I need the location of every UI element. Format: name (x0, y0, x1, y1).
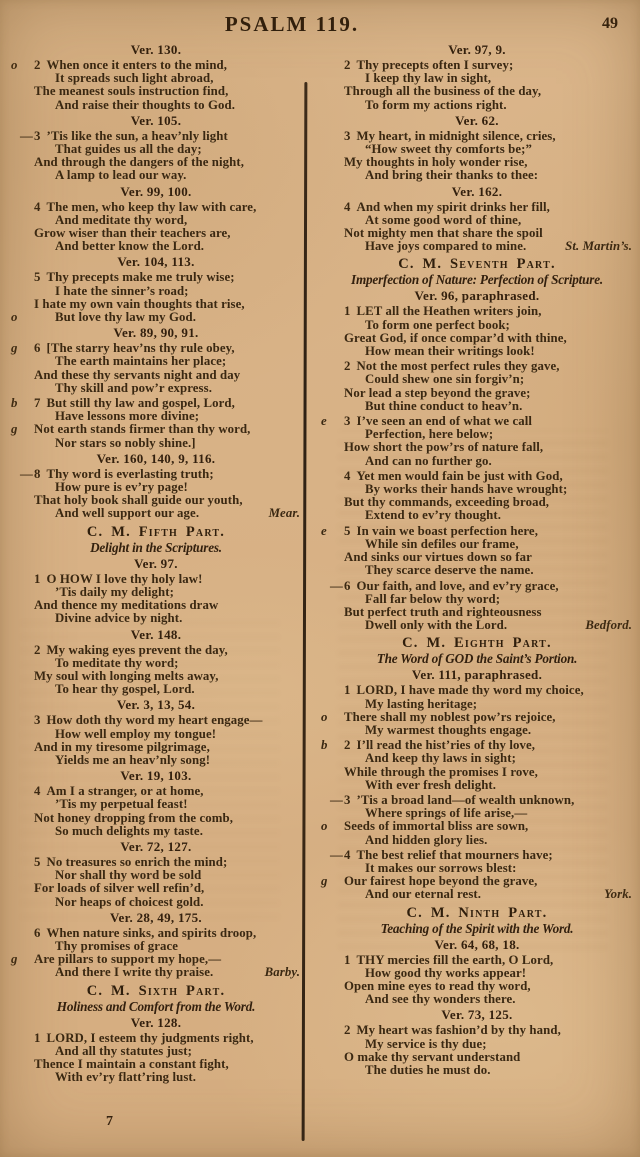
tune-name: Barby. (265, 966, 300, 979)
stanza-line: Nor stars so nobly shine.] (8, 437, 304, 450)
stanza-line: —6Our faith, and love, and ev’ry grace, (318, 580, 636, 593)
stanza-line: 1LET all the Heathen writers join, (318, 305, 636, 318)
stanza-line: They scarce deserve the name. (318, 564, 636, 577)
stanza: 2Not the most perfect rules they gave,Co… (318, 360, 636, 413)
stanza-line: Through all the business of the day, (318, 85, 636, 98)
stanza-number: 2 (34, 643, 41, 657)
stanza-number: 5 (34, 270, 41, 284)
stanza: o2When once it enters to the mind,It spr… (8, 59, 304, 112)
expression-mark: g (321, 875, 328, 888)
stanza-line: I hate the sinner’s road; (8, 285, 304, 298)
stanza-number: 1 (344, 304, 351, 318)
stanza-number: 6 (34, 926, 41, 940)
expression-mark: b (11, 397, 18, 410)
stanza-line: With ev’ry flatt’ring lust. (8, 1071, 304, 1084)
stanza-number: 5 (344, 524, 351, 538)
verse-reference: Ver. 99, 100. (8, 185, 304, 199)
stanza-number: 3 (344, 414, 351, 428)
stanza-number: 1 (34, 572, 41, 586)
stanza-line: To meditate thy word; (8, 657, 304, 670)
stanza: 2Thy precepts often I survey;I keep thy … (318, 59, 636, 112)
stanza: 5Thy precepts make me truly wise;I hate … (8, 271, 304, 324)
stanza-line: To form my actions right. (318, 99, 636, 112)
stanza-number: 1 (344, 953, 351, 967)
stanza: —6Our faith, and love, and ev’ry grace,F… (318, 580, 636, 633)
stanza-line: 1LORD, I esteem thy judgments right, (8, 1032, 304, 1045)
stanza: 1LORD, I esteem thy judgments right,And … (8, 1032, 304, 1085)
stanza-line: Thy skill and pow’r express. (8, 382, 304, 395)
stanza-line: Could shew one sin forgiv’n; (318, 373, 636, 386)
verse-reference: Ver. 89, 90, 91. (8, 326, 304, 340)
stanza-line: The earth maintains her place; (8, 355, 304, 368)
stanza: 1THY mercies fill the earth, O Lord,How … (318, 954, 636, 1007)
stanza: —4The best relief that mourners have;It … (318, 849, 636, 902)
stanza-line: To hear thy gospel, Lord. (8, 683, 304, 696)
stanza-number: 4 (34, 784, 41, 798)
stanza-line: But thine conduct to heav’n. (318, 400, 636, 413)
psalm-column-right: Ver. 97, 9.2Thy precepts often I survey;… (318, 41, 636, 1079)
stanza-number: 7 (34, 396, 41, 410)
expression-mark: — (330, 849, 342, 862)
verse-reference: Ver. 162. (318, 185, 636, 199)
stanza-line: To form one perfect book; (318, 319, 636, 332)
stanza-number: 8 (34, 467, 41, 481)
stanza-line: Yields me an heav’nly song! (8, 754, 304, 767)
stanza-line: How mean their writings look! (318, 345, 636, 358)
stanza-line: My lasting heritage; (318, 698, 636, 711)
stanza-line: My warmest thoughts engage. (318, 724, 636, 737)
stanza-line: How good thy works appear! (318, 967, 636, 980)
stanza-line: How well employ my tongue! (8, 728, 304, 741)
stanza-number: 3 (344, 129, 351, 143)
stanza-number: 2 (344, 738, 351, 752)
verse-reference: Ver. 111, paraphrased. (318, 668, 636, 682)
verse-reference: Ver. 64, 68, 18. (318, 938, 636, 952)
expression-mark: g (11, 342, 18, 355)
verse-reference: Ver. 97, 9. (318, 43, 636, 57)
stanza: 5No treasures so enrich the mind;Nor sha… (8, 856, 304, 909)
stanza-line: Nor lead a step beyond the grave; (318, 387, 636, 400)
stanza-line: With ever fresh delight. (318, 779, 636, 792)
stanza: —3’Tis a broad land—of wealth unknown,Wh… (318, 794, 636, 847)
verse-reference: Ver. 28, 49, 175. (8, 911, 304, 925)
page-number: 49 (602, 15, 618, 33)
part-subtitle: Teaching of the Spirit with the Word. (318, 922, 636, 936)
stanza: 4And when my spirit drinks her fill,At s… (318, 201, 636, 254)
stanza-number: 6 (344, 579, 351, 593)
stanza-line: So much delights my taste. (8, 825, 304, 838)
stanza-number: 4 (344, 469, 351, 483)
stanza-line: 4The men, who keep thy law with care, (8, 201, 304, 214)
expression-mark: — (330, 580, 342, 593)
stanza: 1LET all the Heathen writers join,To for… (318, 305, 636, 358)
stanza: b2I’ll read the hist’ries of thy love,An… (318, 739, 636, 792)
stanza: e5In vain we boast perfection here,While… (318, 525, 636, 578)
stanza-line: For loads of silver well refin’d, (8, 882, 304, 895)
expression-mark: o (11, 59, 18, 72)
stanza: 1LORD, I have made thy word my choice,My… (318, 684, 636, 737)
stanza-line: And keep thy laws in sight; (318, 752, 636, 765)
stanza-line: And well support our age.Mear. (8, 507, 304, 520)
expression-mark: o (321, 711, 328, 724)
stanza-number: 6 (34, 341, 41, 355)
stanza-line: Dwell only with the Lord.Bedford. (318, 619, 636, 632)
stanza-line: 4And when my spirit drinks her fill, (318, 201, 636, 214)
part-subtitle: Imperfection of Nature: Perfection of Sc… (318, 273, 636, 287)
stanza-line: oSeeds of immortal bliss are sown, (318, 820, 636, 833)
stanza-line: And these thy servants night and day (8, 369, 304, 382)
verse-reference: Ver. 19, 103. (8, 769, 304, 783)
tune-name: St. Martin’s. (565, 240, 632, 253)
stanza: 4Am I a stranger, or at home,’Tis my per… (8, 785, 304, 838)
expression-mark: b (321, 739, 328, 752)
expression-mark: — (330, 794, 342, 807)
stanza-line: 1LORD, I have made thy word my choice, (318, 684, 636, 697)
psalm-column-left: Ver. 130.o2When once it enters to the mi… (8, 41, 304, 1086)
expression-mark: o (11, 311, 18, 324)
expression-mark: g (11, 423, 18, 436)
stanza: 4The men, who keep thy law with care,And… (8, 201, 304, 254)
stanza-number: 4 (34, 200, 41, 214)
stanza: g6[The starry heav’ns thy rule obey,The … (8, 342, 304, 395)
stanza-line: The duties he must do. (318, 1064, 636, 1077)
expression-mark: g (11, 953, 18, 966)
stanza-line: O make thy servant understand (318, 1051, 636, 1064)
stanza: 3My heart, in midnight silence, cries,“H… (318, 130, 636, 183)
expression-mark: e (321, 525, 327, 538)
verse-reference: Ver. 160, 140, 9, 116. (8, 452, 304, 466)
page-title: PSALM 119. (0, 12, 612, 37)
printers-signature: 7 (106, 1114, 113, 1130)
stanza-line: A lamp to lead our way. (8, 169, 304, 182)
stanza-line: My service is thy due; (318, 1038, 636, 1051)
stanza-number: 4 (344, 200, 351, 214)
stanza-line: And can no further go. (318, 455, 636, 468)
stanza-line: 2My waking eyes prevent the day, (8, 644, 304, 657)
stanza-line: While through the promises I rove, (318, 766, 636, 779)
book-page: PSALM 119. 49 Ver. 130.o2When once it en… (0, 0, 640, 1157)
stanza-line: Extend to ev’ry thought. (318, 509, 636, 522)
stanza-number: 3 (344, 793, 351, 807)
stanza-number: 2 (344, 1023, 351, 1037)
stanza-line: 1O HOW I love thy holy law! (8, 573, 304, 586)
part-heading: C. M. Eighth Part. (318, 635, 636, 652)
stanza: e3I’ve seen an end of what we callPerfec… (318, 415, 636, 468)
stanza-number: 4 (344, 848, 351, 862)
stanza-line: And bring their thanks to thee: (318, 169, 636, 182)
verse-reference: Ver. 148. (8, 628, 304, 642)
part-heading: C. M. Ninth Part. (318, 905, 636, 922)
stanza-line: —4The best relief that mourners have; (318, 849, 636, 862)
stanza-line: Not honey dropping from the comb, (8, 812, 304, 825)
stanza: 2My waking eyes prevent the day,To medit… (8, 644, 304, 697)
stanza-line: Have joys compared to mine.St. Martin’s. (318, 240, 636, 253)
verse-reference: Ver. 3, 13, 54. (8, 698, 304, 712)
stanza: 3How doth thy word my heart engage—How w… (8, 714, 304, 767)
stanza-line: Fall far below thy word; (318, 593, 636, 606)
part-heading: C. M. Fifth Part. (8, 524, 304, 541)
stanza: —3’Tis like the sun, a heav’nly lightTha… (8, 130, 304, 183)
stanza-number: 3 (34, 713, 41, 727)
stanza-line: The meanest souls instruction find, (8, 85, 304, 98)
verse-reference: Ver. 73, 125. (318, 1008, 636, 1022)
expression-mark: — (20, 130, 32, 143)
stanza-number: 2 (344, 359, 351, 373)
stanza-line: And all thy statutes just; (8, 1045, 304, 1058)
verse-reference: Ver. 62. (318, 114, 636, 128)
part-subtitle: Holiness and Comfort from the Word. (8, 1000, 304, 1014)
stanza-number: 1 (34, 1031, 41, 1045)
expression-mark: — (20, 468, 32, 481)
stanza-line: e5In vain we boast perfection here, (318, 525, 636, 538)
stanza-line: gNot earth stands firmer than thy word, (8, 423, 304, 436)
part-subtitle: Delight in the Scriptures. (8, 541, 304, 555)
stanza-line: ’Tis my perpetual feast! (8, 798, 304, 811)
verse-reference: Ver. 104, 113. (8, 255, 304, 269)
stanza-line: 3How doth thy word my heart engage— (8, 714, 304, 727)
stanza-line: 5Thy precepts make me truly wise; (8, 271, 304, 284)
stanza-line: 1THY mercies fill the earth, O Lord, (318, 954, 636, 967)
part-heading: C. M. Sixth Part. (8, 983, 304, 1000)
stanza-line: How short the pow’rs of nature fall, (318, 441, 636, 454)
stanza-line: 2My heart was fashion’d by thy hand, (318, 1024, 636, 1037)
verse-reference: Ver. 130. (8, 43, 304, 57)
stanza-line: 6When nature sinks, and spirits droop, (8, 927, 304, 940)
stanza-line: And better know the Lord. (8, 240, 304, 253)
tune-name: Bedford. (585, 619, 632, 632)
expression-mark: o (321, 820, 328, 833)
expression-mark: e (321, 415, 327, 428)
verse-reference: Ver. 72, 127. (8, 840, 304, 854)
stanza-line: And there I write thy praise.Barby. (8, 966, 304, 979)
stanza: 1O HOW I love thy holy law!’Tis daily my… (8, 573, 304, 626)
part-subtitle: The Word of GOD the Saint’s Portion. (318, 652, 636, 666)
stanza-line: oThere shall my noblest pow’rs rejoice, (318, 711, 636, 724)
stanza-number: 1 (344, 683, 351, 697)
stanza-number: 3 (34, 129, 41, 143)
stanza-line: oBut love thy law my God. (8, 311, 304, 324)
verse-reference: Ver. 105. (8, 114, 304, 128)
stanza-line: And our eternal rest.York. (318, 888, 636, 901)
stanza-line: Divine advice by night. (8, 612, 304, 625)
stanza-line: And hidden glory lies. (318, 834, 636, 847)
tune-name: Mear. (269, 507, 300, 520)
tune-name: York. (604, 888, 632, 901)
stanza-line: And see thy wonders there. (318, 993, 636, 1006)
stanza-line: And in my tiresome pilgrimage, (8, 741, 304, 754)
verse-reference: Ver. 96, paraphrased. (318, 289, 636, 303)
stanza: —8Thy word is everlasting truth;How pure… (8, 468, 304, 521)
stanza-number: 2 (344, 58, 351, 72)
stanza: 4Yet men would fain be just with God,By … (318, 470, 636, 523)
verse-reference: Ver. 128. (8, 1016, 304, 1030)
stanza-number: 2 (34, 58, 41, 72)
verse-reference: Ver. 97. (8, 557, 304, 571)
stanza-line: And raise their thoughts to God. (8, 99, 304, 112)
stanza: 6When nature sinks, and spirits droop,Th… (8, 927, 304, 980)
stanza-number: 5 (34, 855, 41, 869)
part-heading: C. M. Seventh Part. (318, 256, 636, 273)
stanza: b7But still thy law and gospel, Lord,Hav… (8, 397, 304, 450)
stanza-line: Nor heaps of choicest gold. (8, 896, 304, 909)
stanza: 2My heart was fashion’d by thy hand,My s… (318, 1024, 636, 1077)
